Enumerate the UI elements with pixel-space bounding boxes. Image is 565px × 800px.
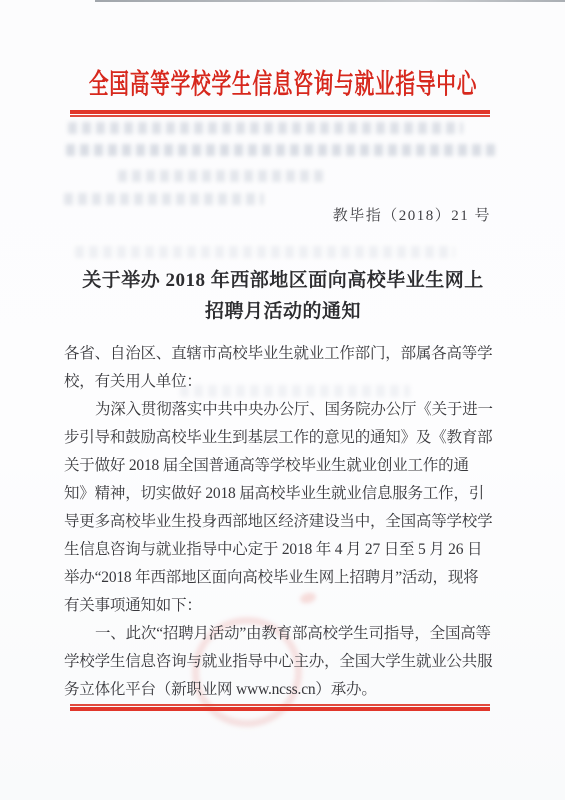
body-line: 为深入贯彻落实中共中央办公厅、国务院办公厅《关于进一 bbox=[64, 396, 504, 424]
bleed-through-text bbox=[64, 193, 264, 205]
body-line: 学校学生信息咨询与就业指导中心主办，全国大学生就业公共服 bbox=[64, 648, 504, 676]
red-divider-top bbox=[70, 110, 490, 117]
document-number: 教毕指（2018）21 号 bbox=[333, 204, 491, 225]
body-line: 各省、自治区、直辖市高校毕业生就业工作部门，部属各高等学 bbox=[64, 340, 504, 368]
body-line: 校，有关用人单位： bbox=[64, 368, 504, 396]
notice-title: 关于举办 2018 年西部地区面向高校毕业生网上 招聘月活动的通知 bbox=[63, 265, 503, 327]
bleed-through-text bbox=[66, 144, 496, 156]
red-divider-top-thin bbox=[70, 115, 490, 117]
body-line: 举办“2018 年西部地区面向高校毕业生网上招聘月”活动，现将 bbox=[64, 564, 504, 592]
red-divider-bottom-thick bbox=[70, 707, 490, 711]
bleed-through-text bbox=[68, 122, 463, 134]
body-line: 生信息咨询与就业指导中心定于 2018 年 4 月 27 日至 5 月 26 日 bbox=[64, 536, 504, 564]
bleed-through-text bbox=[75, 246, 455, 258]
bleed-through-text bbox=[118, 170, 323, 182]
body-line: 步引导和鼓励高校毕业生到基层工作的意见的通知》及《教育部 bbox=[64, 424, 504, 452]
scanned-document-page: 全国高等学校学生信息咨询与就业指导中心 教毕指（2018）21 号 关于举办 2… bbox=[0, 0, 565, 800]
letterhead-title: 全国高等学校学生信息咨询与就业指导中心 bbox=[0, 62, 565, 101]
body-line: 导更多高校毕业生投身西部地区经济建设当中，全国高等学校学 bbox=[64, 508, 504, 536]
body-line: 有关事项通知如下： bbox=[64, 592, 504, 620]
red-divider-bottom bbox=[70, 704, 490, 711]
body-line: 务立体化平台（新职业网 www.ncss.cn）承办。 bbox=[64, 676, 504, 704]
body-line: 一、此次“招聘月活动”由教育部高校学生司指导，全国高等 bbox=[64, 620, 504, 648]
letterhead-text: 全国高等学校学生信息咨询与就业指导中心 bbox=[88, 62, 476, 102]
body-line: 知》精神，切实做好 2018 届高校毕业生就业信息服务工作，引 bbox=[64, 480, 504, 508]
notice-title-line2: 招聘月活动的通知 bbox=[63, 296, 503, 327]
scan-edge-artifact bbox=[95, 0, 565, 2]
body-line: 关于做好 2018 届全国普通高等学校毕业生就业创业工作的通 bbox=[64, 452, 504, 480]
notice-title-line1: 关于举办 2018 年西部地区面向高校毕业生网上 bbox=[63, 265, 503, 296]
notice-body: 各省、自治区、直辖市高校毕业生就业工作部门，部属各高等学 校，有关用人单位： 为… bbox=[64, 340, 504, 704]
